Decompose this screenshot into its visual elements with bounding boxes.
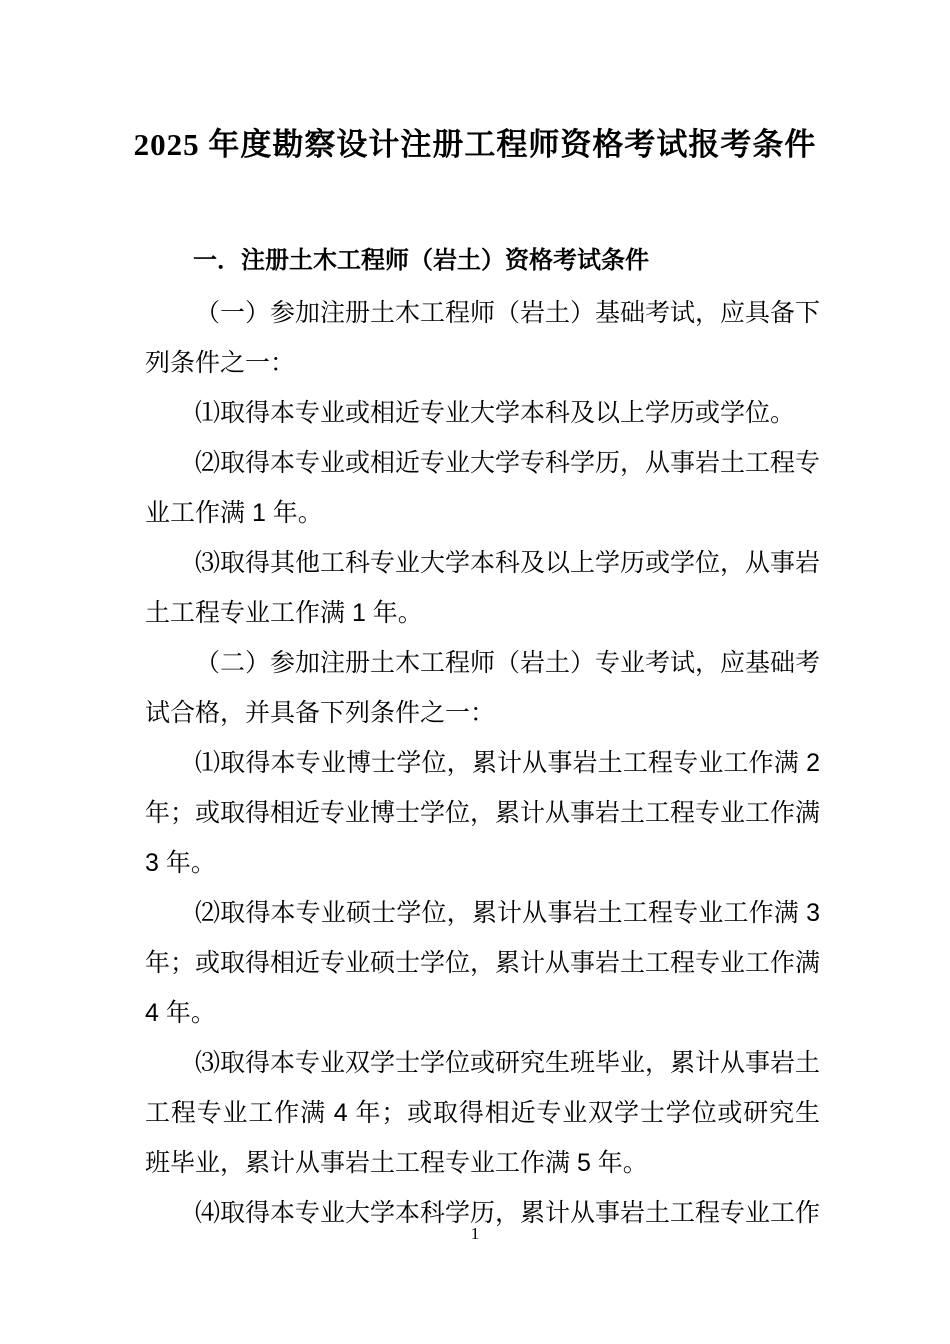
paragraph-professional-item-3: ⑶取得本专业双学士学位或研究生班毕业，累计从事岩土工程专业工作满 4 年；或取得… [145, 1038, 820, 1188]
paragraph-professional-item-2: ⑵取得本专业硕士学位，累计从事岩土工程专业工作满 3 年；或取得相近专业硕士学位… [145, 888, 820, 1038]
paragraph-condition-intro-2: （二）参加注册土木工程师（岩土）专业考试，应基础考试合格，并具备下列条件之一： [145, 638, 820, 738]
page-number: 1 [0, 1224, 950, 1244]
paragraph-basic-item-1: ⑴取得本专业或相近专业大学本科及以上学历或学位。 [145, 388, 820, 438]
document-page: 2025 年度勘察设计注册工程师资格考试报考条件 一．注册土木工程师（岩土）资格… [0, 0, 950, 1344]
document-body: 一．注册土木工程师（岩土）资格考试条件 （一）参加注册土木工程师（岩土）基础考试… [145, 236, 820, 1238]
document-title: 2025 年度勘察设计注册工程师资格考试报考条件 [70, 124, 880, 166]
paragraph-professional-item-1: ⑴取得本专业博士学位，累计从事岩土工程专业工作满 2 年；或取得相近专业博士学位… [145, 738, 820, 888]
section-heading: 一．注册土木工程师（岩土）资格考试条件 [145, 236, 820, 286]
paragraph-basic-item-2: ⑵取得本专业或相近专业大学专科学历，从事岩土工程专业工作满 1 年。 [145, 438, 820, 538]
paragraph-condition-intro-1: （一）参加注册土木工程师（岩土）基础考试，应具备下列条件之一： [145, 288, 820, 388]
paragraph-basic-item-3: ⑶取得其他工科专业大学本科及以上学历或学位，从事岩土工程专业工作满 1 年。 [145, 538, 820, 638]
